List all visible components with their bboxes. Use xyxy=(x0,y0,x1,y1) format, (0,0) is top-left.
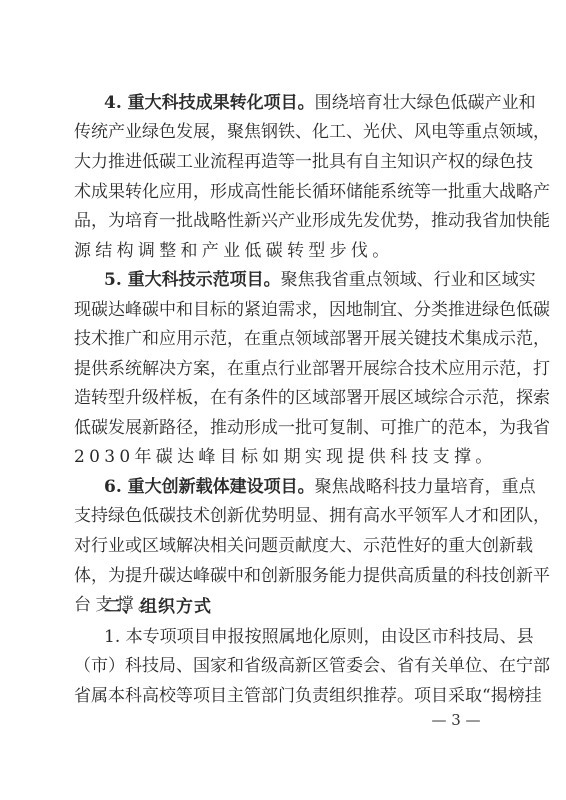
section-heading: 二、组织方式 xyxy=(104,595,494,619)
paragraph-4-line-2: 传统产业绿色发展，聚焦钢铁、化工、光伏、风电等重点领域， xyxy=(74,120,494,144)
paragraph-4-line-1: 4. 重大科技成果转化项目。围绕培育壮大绿色低碳产业和 xyxy=(104,91,494,115)
paragraph-6-line-4: 体，为提升碳达峰碳中和创新服务能力提供高质量的科技创新平 xyxy=(74,564,494,588)
paragraph-6-line-1: 6. 重大创新载体建设项目。聚焦战略科技力量培育，重点 xyxy=(104,475,494,499)
paragraph-6-line-3: 对行业或区域解决相关问题贡献度大、示范性好的重大创新载 xyxy=(74,534,494,558)
paragraph-5-line-4: 提供系统解决方案，在重点行业部署开展综合技术应用示范，打 xyxy=(74,357,494,381)
paragraph-4-line-4: 术成果转化应用，形成高性能长循环储能系统等一批重大战略产 xyxy=(74,180,494,204)
org-paragraph-line-3: 省属本科高校等项目主管部门负责组织推荐。项目采取“揭榜挂 xyxy=(74,684,494,708)
paragraph-5-line-3: 技术推广和应用示范，在重点领域部署开展关键技术集成示范， xyxy=(74,327,494,351)
item-5-title: 5. 重大科技示范项目。 xyxy=(104,270,281,290)
page-number: — 3 — xyxy=(428,710,484,730)
paragraph-5-line-7: 2030年碳达峰目标如期实现提供科技支撑。 xyxy=(74,445,494,469)
paragraph-5-line-5: 造转型升级样板，在有条件的区域部署开展区域综合示范，探索 xyxy=(74,386,494,410)
paragraph-4-line-6: 源结构调整和产业低碳转型步伐。 xyxy=(74,239,494,263)
paragraph-4-line-3: 大力推进低碳工业流程再造等一批具有自主知识产权的绿色技 xyxy=(74,150,494,174)
paragraph-5-line-2: 现碳达峰碳中和目标的紧迫需求，因地制宜、分类推进绿色低碳 xyxy=(74,298,494,322)
org-paragraph-line-2: （市）科技局、国家和省级高新区管委会、省有关单位、在宁部 xyxy=(74,654,494,678)
document-page: 4. 重大科技成果转化项目。围绕培育壮大绿色低碳产业和 传统产业绿色发展，聚焦钢… xyxy=(0,0,566,800)
paragraph-4-line-5: 品，为培育一批战略性新兴产业形成先发优势，推动我省加快能 xyxy=(74,209,494,233)
paragraph-5-line-6: 低碳发展新路径，推动形成一批可复制、可推广的范本，为我省 xyxy=(74,416,494,440)
paragraph-5-line-1: 5. 重大科技示范项目。聚焦我省重点领域、行业和区域实 xyxy=(104,268,494,292)
org-paragraph-line-1: 1. 本专项项目申报按照属地化原则，由设区市科技局、县 xyxy=(104,625,494,649)
item-4-title: 4. 重大科技成果转化项目。 xyxy=(104,93,315,113)
paragraph-6-line-2: 支持绿色低碳技术创新优势明显、拥有高水平领军人才和团队， xyxy=(74,504,494,528)
item-6-title: 6. 重大创新载体建设项目。 xyxy=(104,477,315,497)
